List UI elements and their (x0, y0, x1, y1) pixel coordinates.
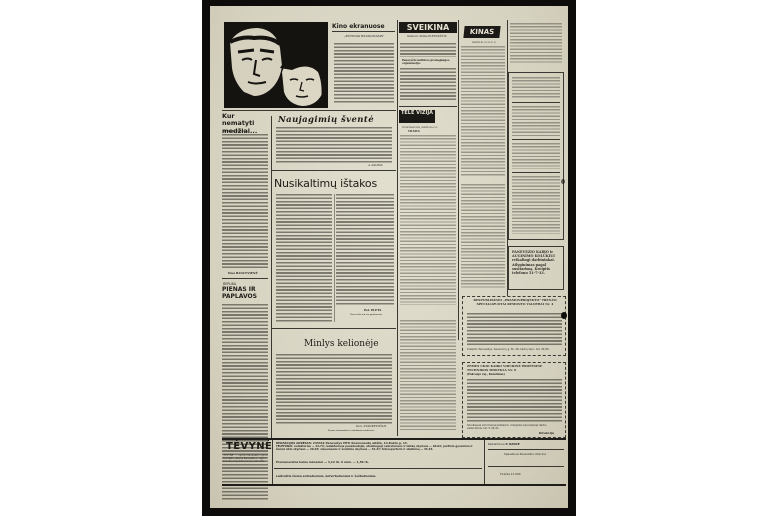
footer-divider (484, 440, 485, 484)
zemesukio-ad-title: ŽEMĖS ŪKIO KAIRO VIDURINĖ PROFESINĖ TECH… (467, 365, 563, 373)
naujagimiu-body (276, 127, 392, 163)
minlys-signature: Gen. STANKEVIČIUS (356, 424, 386, 428)
nusikaltimu-body-col2 (336, 194, 394, 306)
film-illustration (224, 22, 328, 108)
naujagimiu-title: Naujagimių šventė (278, 115, 374, 125)
panevezio-ad-box: PANEVĖŽIO KAIRO ir AUGINIMO KOLŪKIUI rei… (508, 246, 564, 290)
tv-program-listing (400, 135, 456, 305)
kinas-logo-text: KINAS (469, 28, 494, 36)
condolence-text-4 (512, 176, 560, 234)
masthead-logo: TĖVYNĖ (226, 441, 272, 452)
respublikinio-ad-title: RESPUBLIKINIO „PRAMONPROJEKTO" TRES-TO S… (467, 299, 563, 311)
pienas-body (222, 304, 268, 500)
nusikaltimu-signature: Pet. PLETA (364, 308, 381, 312)
televizija-logo: TELE VIZIJA (399, 110, 435, 123)
masthead-note: „TĖVYNĖ" — oprimo Panevėžio rajono komit… (223, 454, 269, 470)
footer-bottom-rule (222, 484, 566, 486)
minlys-title: Minlys kelionėje (304, 339, 379, 349)
divider (332, 31, 395, 32)
divider (512, 139, 560, 140)
respublikinio-ad-body (467, 313, 562, 347)
kinas-logo: KINAS (463, 26, 500, 38)
editor-credit: Redaktorius P. RANCE (488, 442, 564, 447)
kino-film-title: „PUTINAS RAUDONASIS" (344, 34, 384, 38)
punch-hole (561, 312, 567, 319)
nusikaltimu-body-col1 (276, 194, 332, 322)
condolence-text-3 (512, 143, 560, 169)
respublikinio-ad-contact: Kreiptis: Panevėžys, Savanorių g. Nr. 28… (467, 348, 562, 356)
publication-notice: Laikraštis išeina antradieniais, ketvirt… (276, 474, 480, 478)
naujagimiu-signature: A. KAUPAS (368, 164, 383, 167)
divider (274, 468, 482, 469)
editor-name: P. RANCE (506, 442, 520, 446)
sveikina-logo-text: SVEIKINA (407, 23, 449, 32)
zemesukio-ad-signature: Direkcija (539, 431, 565, 436)
sveikina-body-2 (400, 68, 456, 100)
portrait-illustration-icon (224, 22, 328, 108)
zemesukio-ad-box: ŽEMĖS ŪKIO KAIRO VIDURINĖ PROFESINĖ TECH… (462, 362, 566, 438)
zemesukio-ad-contact: Smulkesnė informacija teikiama: mokyklos… (467, 424, 562, 431)
divider (272, 328, 396, 329)
subscription-price: Prenumeratos kaina mėnesiui — 3,12 rb. 6… (276, 460, 480, 464)
editor-label: Redaktorius (488, 442, 505, 446)
divider (512, 102, 560, 103)
divider (222, 110, 396, 111)
kur-nematyti-signature: Ema BANCEVIENĖ (228, 271, 258, 275)
divider (512, 172, 560, 173)
footer-top-rule (222, 438, 566, 440)
circulation: Tiražas 13 000 (500, 472, 560, 477)
kinas-date: BIRŽELIO 23-29 D. D. (472, 41, 496, 44)
sveikina-logo: SVEIKINA (399, 22, 457, 33)
zemesukio-ad-body (467, 379, 562, 423)
footer-divider (272, 440, 273, 484)
divider (272, 170, 396, 171)
kino-section-heading: Kino ekranuose (332, 23, 385, 30)
column-divider (271, 116, 272, 438)
televizija-date: PENKTADIENIS, BIRŽELIO 6 D. (402, 126, 438, 129)
divider (399, 106, 457, 107)
nusikaltimu-title: Nusikaltimų ištakos (274, 177, 377, 190)
punch-hole (561, 179, 565, 184)
tv-program-listing-2 (400, 320, 456, 432)
minlys-signature-note: Kauno ekonomikos technikumo moksleivė (328, 429, 374, 432)
column-divider (458, 20, 459, 340)
editorial-phones: TELEFONAI: redaktorius — 44-74; redaktor… (276, 445, 480, 457)
divider (222, 278, 268, 279)
minlys-body (276, 354, 392, 424)
sveikina-org: Panevėžio kultūros profsąjungos organiza… (402, 59, 456, 65)
sveikina-recipients: Kaziui ir Alvilai PLENCKŪTIS (406, 35, 448, 38)
column-divider (334, 194, 335, 322)
kur-nematyti-kicker: ATKELTA IŠ 3 PSL. (223, 130, 248, 133)
zemesukio-ad-subtitle: (Pakruojo raj., Rozalimas) (467, 373, 563, 377)
televizija-program: VILNIUS (408, 130, 420, 133)
sveikina-body (400, 43, 456, 57)
divider (488, 466, 564, 467)
divider (488, 449, 564, 450)
pienas-title: PIENAS IR PAPLAVOS (222, 287, 266, 301)
kur-nematyti-body (222, 134, 268, 268)
condolence-text-1 (512, 77, 560, 99)
televizija-logo-text: TELE VIZIJA (401, 110, 433, 116)
panevezio-ad-text: PANEVĖŽIO KAIRO ir AUGINIMO KOLŪKIUI rei… (512, 250, 560, 286)
printer-credit: Spaustuvė Panevėžio rotacinė (494, 453, 556, 462)
respublikinio-ad-box: RESPUBLIKINIO „PRAMONPROJEKTO" TRES-TO S… (462, 296, 566, 356)
newspaper-page: Kino ekranuose „PUTINAS RAUDONASIS" SVEI… (210, 6, 568, 508)
nusikaltimu-signature-note: Panevėžio miesto prokuroras (350, 313, 382, 316)
kinas-listing (461, 46, 505, 176)
column-divider (397, 20, 398, 436)
condolence-text-2 (512, 106, 560, 136)
right-col-text (510, 23, 562, 63)
kino-article-body (334, 43, 394, 103)
kinas-listing-2 (461, 184, 505, 288)
